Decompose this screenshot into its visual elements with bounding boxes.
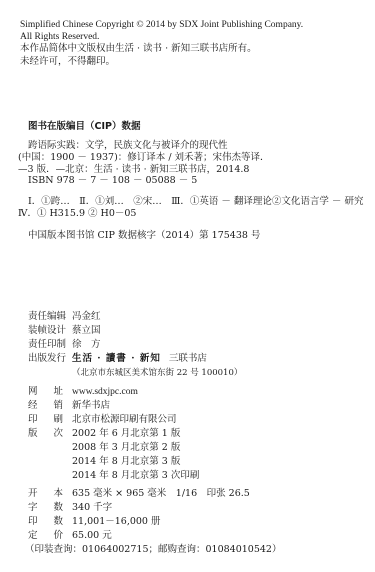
credit-label: 责任印制 [28,339,66,351]
edition-line: 2002 年 6 月北京第 1 版 [72,428,180,440]
publisher-brand-logo: 生活 · 讀書 · 新知 [72,353,161,364]
publisher-address: （北京市东城区美术馆东街 22 号 100010） [72,367,242,379]
publisher: 生活 · 讀書 · 新知 三联书店 [72,353,207,365]
copyright-line: Simplified Chinese Copyright © 2014 by S… [20,19,303,31]
printing-line: 2014 年 8 月北京第 3 次印刷 [72,470,199,482]
cip-body-line: (中国：1900 － 1937)：修订译本 / 刘禾著；宋伟杰等译． [18,152,270,164]
credit-value: 徐 方 [72,339,101,351]
format-value: 635 毫米 × 965 毫米 1/16 印张 26.5 [72,488,250,500]
print-run: 11,001－16,000 册 [72,516,161,528]
credit-label: 出版发行 [28,353,66,365]
edition-line: 2008 年 3 月北京第 2 版 [72,442,180,454]
credit-value: 冯金红 [72,311,101,323]
word-count: 340 千字 [72,502,112,514]
credit-label: 装帧设计 [28,325,66,337]
reprint-notice: 未经许可，不得翻印。 [20,56,115,68]
price: 65.00 元 [72,530,112,542]
cip-body-line: 跨语际实践：文学，民族文化与被译介的现代性 [28,140,228,152]
credit-value: 新华书店 [72,400,110,412]
credit-label: 责任编辑 [28,311,66,323]
publisher-name: 三联书店 [169,353,207,364]
cip-isbn: ISBN 978 － 7 － 108 － 05088 － 5 [28,175,197,187]
website-link[interactable]: www.sdxjpc.com [72,386,138,398]
inquiry-phones: （印装查询：01064002715；邮购查询：01084010542） [25,544,281,556]
credit-value: 北京市松源印刷有限公司 [72,414,177,426]
cip-number: 中国版本图书馆 CIP 数据核字（2014）第 175438 号 [28,230,260,242]
cip-classification: Ⅰ．①跨… Ⅱ．①刘… ②宋… Ⅲ．①英语 － 翻译理论②文化语言学 － 研究 [28,196,363,208]
copyright-chinese: 本作品简体中文版权由生活 · 读书 · 新知三联书店所有。 [20,43,257,55]
edition-line: 2014 年 8 月北京第 3 版 [72,456,180,468]
cip-title: 图书在版编目（CIP）数据 [28,121,140,133]
credit-value: 蔡立国 [72,325,101,337]
rights-reserved: All Rights Reserved. [20,31,99,43]
cip-classification: Ⅳ．① H315.9 ② H0－05 [18,208,136,220]
